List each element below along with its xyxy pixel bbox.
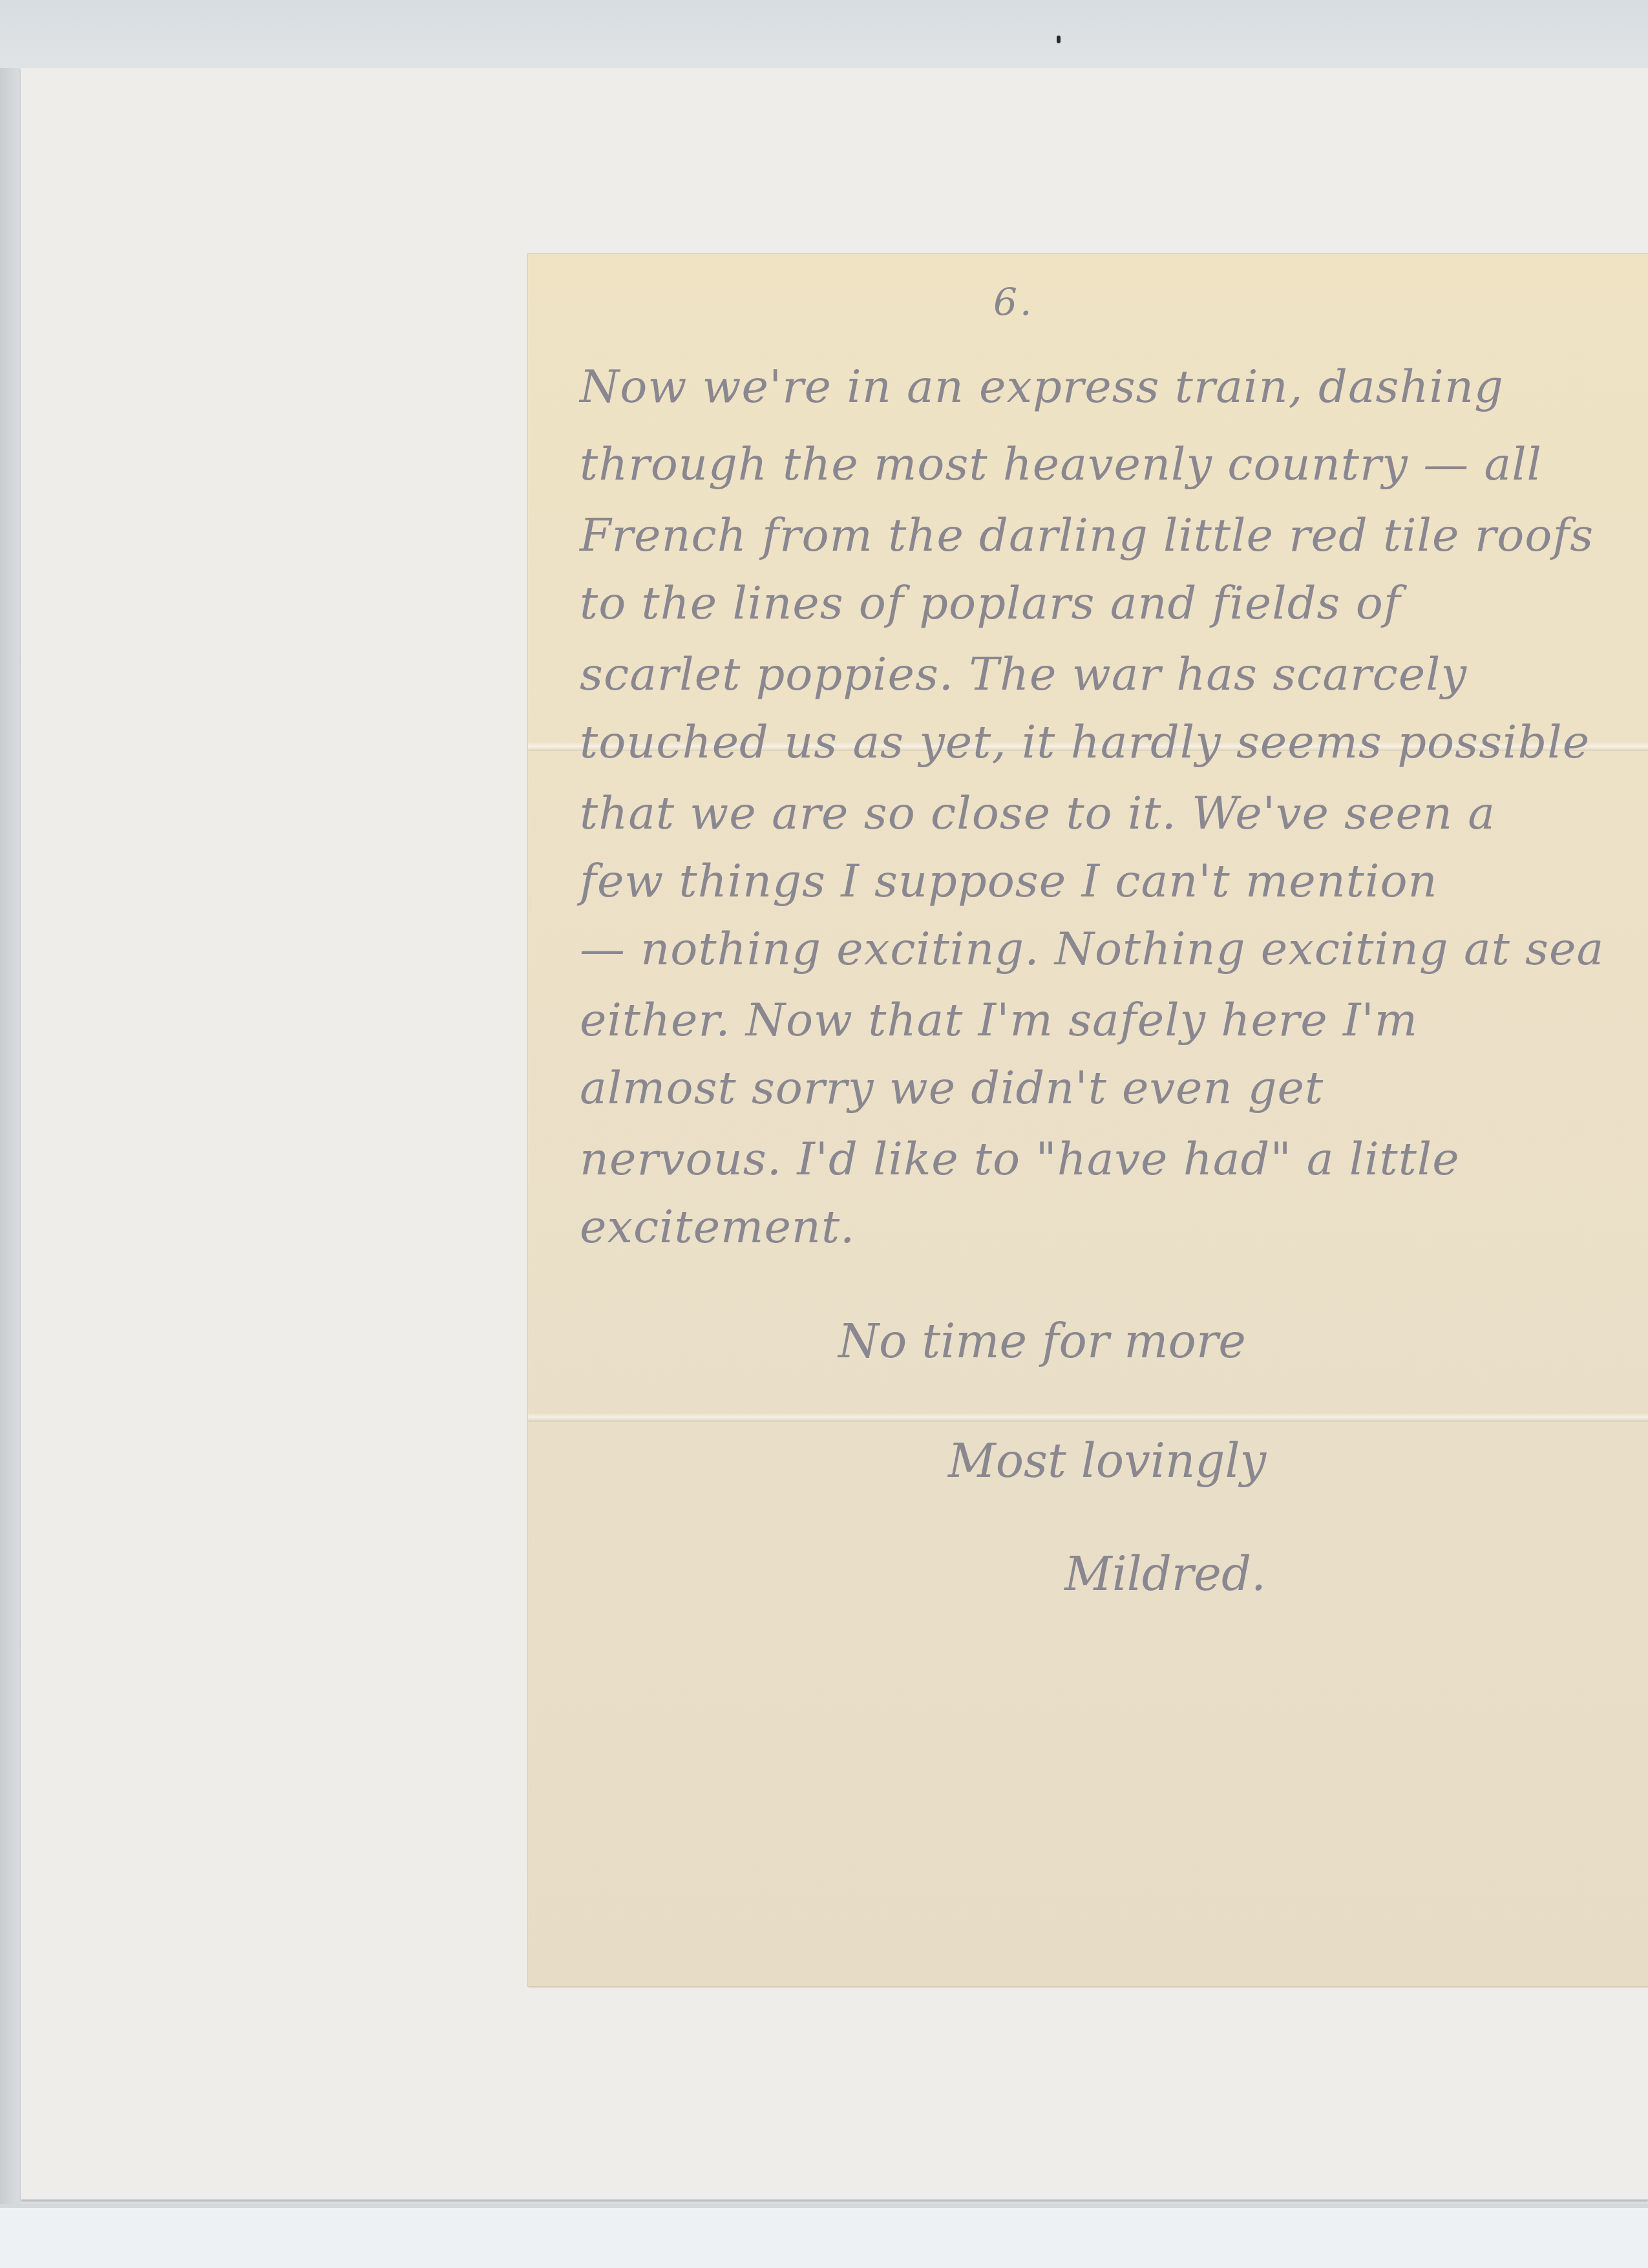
letter-line: nervous. I'd like to "have had" a little xyxy=(580,1136,1627,1182)
letter-line: almost sorry we didn't even get xyxy=(580,1065,1627,1110)
letter-line: to the lines of poplars and fields of xyxy=(580,580,1627,626)
closing-line: No time for more xyxy=(838,1314,1246,1368)
letter-line: through the most heavenly country — all xyxy=(580,441,1627,487)
scanner-bed-bottom xyxy=(0,2204,1648,2268)
letter-line: Now we're in an express train, dashing xyxy=(580,364,1627,409)
dust-speck xyxy=(1057,36,1061,43)
valediction: Most lovingly xyxy=(948,1434,1266,1488)
letter-sheet: 6. Now we're in an express train, dashin… xyxy=(528,254,1648,1986)
letter-line: few things I suppose I can't mention xyxy=(580,858,1627,904)
letter-line: — nothing exciting. Nothing exciting at … xyxy=(580,926,1627,971)
letter-handwriting: 6. Now we're in an express train, dashin… xyxy=(528,254,1648,1986)
letter-line: either. Now that I'm safely here I'm xyxy=(580,997,1627,1043)
letter-line: touched us as yet, it hardly seems possi… xyxy=(580,719,1627,765)
letter-line: excitement. xyxy=(580,1204,1627,1249)
letter-line: scarlet poppies. The war has scarcely xyxy=(580,652,1627,697)
scanner-bed-top xyxy=(0,0,1648,68)
letter-line: that we are so close to it. We've seen a xyxy=(580,790,1627,836)
scanner-edge-left xyxy=(0,0,21,2268)
page-number: 6. xyxy=(993,280,1034,324)
signature: Mildred. xyxy=(1064,1547,1266,1601)
letter-line: French from the darling little red tile … xyxy=(580,513,1627,558)
